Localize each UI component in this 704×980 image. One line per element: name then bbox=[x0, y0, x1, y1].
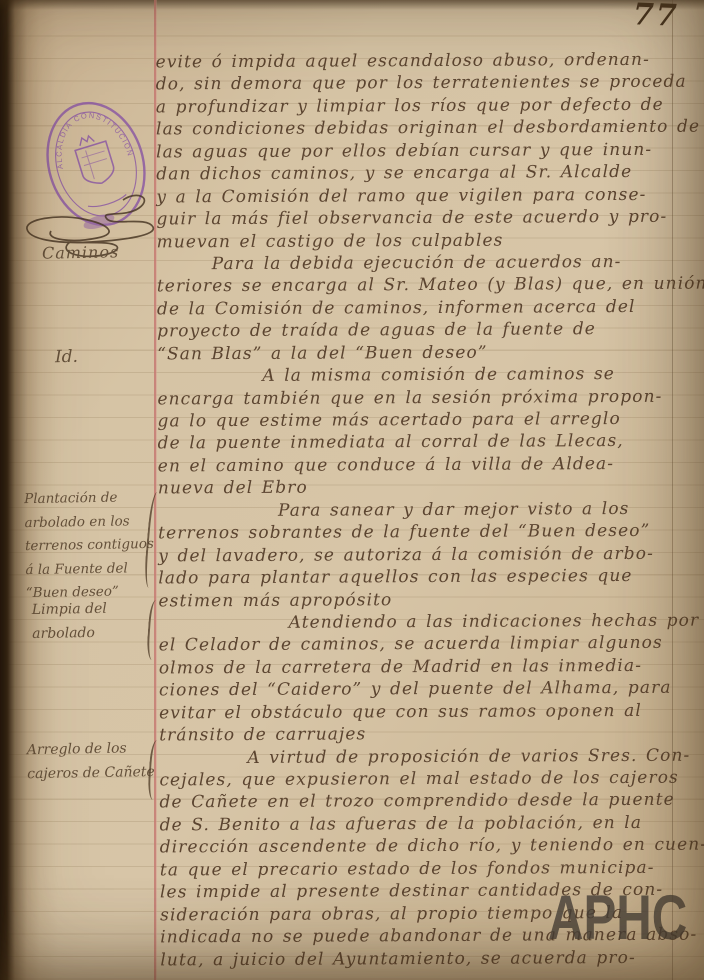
body-line: teriores se encarga al Sr. Mateo (y Blas… bbox=[157, 273, 697, 298]
margin-note-limpia: Limpia del arbolado bbox=[32, 596, 151, 646]
body-text: evite ó impida aquel escandaloso abuso, … bbox=[156, 49, 701, 972]
body-line: Para sanear y dar mejor visto a los bbox=[158, 497, 698, 522]
body-line: el Celador de caminos, se acuerda limpia… bbox=[159, 632, 699, 657]
body-line: A la misma comisión de caminos se bbox=[157, 363, 697, 388]
body-line: de S. Benito a las afueras de la poblaci… bbox=[160, 811, 700, 836]
body-line: y del lavadero, se autoriza á la comisió… bbox=[158, 542, 698, 567]
page-number: 77 bbox=[632, 0, 679, 34]
manuscript-page: 77 ALCALDIA CONSTITUCIONAL Camin bbox=[0, 0, 704, 980]
margin-note-plantacion: Plantación de arbolado en los terrenos c… bbox=[24, 486, 160, 606]
body-line: las condiciones debidas originan el desb… bbox=[156, 116, 696, 141]
body-line: dirección ascendente de dicho río, y ten… bbox=[160, 834, 700, 859]
body-line: “San Blas” a la del “Buen deseo” bbox=[157, 340, 697, 365]
body-line: muevan el castigo de los culpables bbox=[157, 228, 697, 253]
body-line: lado para plantar aquellos con las espec… bbox=[158, 565, 698, 590]
body-line: de la Comisión de caminos, informen acer… bbox=[157, 295, 697, 320]
body-line: evite ó impida aquel escandaloso abuso, … bbox=[156, 49, 696, 74]
body-line: proyecto de traída de aguas de la fuente… bbox=[157, 318, 697, 343]
body-line: ciones del “Caidero” y del puente del Al… bbox=[159, 677, 699, 702]
body-line: terrenos sobrantes de la fuente del “Bue… bbox=[158, 520, 698, 545]
body-line: A virtud de proposición de varios Sres. … bbox=[159, 744, 699, 769]
body-line: nueva del Ebro bbox=[158, 475, 698, 500]
body-line: en el camino que conduce á la villa de A… bbox=[158, 452, 698, 477]
body-line: de Cañete en el trozo comprendido desde … bbox=[159, 789, 699, 814]
top-edge-shadow bbox=[0, 0, 704, 10]
margin-note-caminos: Caminos bbox=[42, 242, 120, 262]
margin-note-arreglo: Arreglo de los cajeros de Cañete bbox=[27, 736, 168, 786]
body-line: de la puente inmediata al corral de las … bbox=[158, 430, 698, 455]
body-line: a profundizar y limpiar los ríos que por… bbox=[156, 93, 696, 118]
body-line: do, sin demora que por los terrateniente… bbox=[156, 71, 696, 96]
body-line: ta que el precario estado de los fondos … bbox=[160, 856, 700, 881]
body-line: evitar el obstáculo que con sus ramos op… bbox=[159, 699, 699, 724]
body-line: dan dichos caminos, y se encarga al Sr. … bbox=[156, 161, 696, 186]
body-line: Atendiendo a las indicaciones hechas por bbox=[159, 610, 699, 635]
body-line: guir la más fiel observancia de este acu… bbox=[156, 206, 696, 231]
body-line: y a la Comisión del ramo que vigilen par… bbox=[156, 183, 696, 208]
margin-note-idem: Id. bbox=[55, 347, 78, 367]
body-line: olmos de la carretera de Madrid en las i… bbox=[159, 654, 699, 679]
body-line: Para la debida ejecución de acuerdos an- bbox=[157, 251, 697, 276]
body-line: cejales, que expusieron el mal estado de… bbox=[159, 767, 699, 792]
body-line: ga lo que estime más acertado para el ar… bbox=[157, 408, 697, 433]
body-line: encarga también que en la sesión próxima… bbox=[157, 385, 697, 410]
body-line: tránsito de carruajes bbox=[159, 722, 699, 747]
body-line: estimen más apropósito bbox=[158, 587, 698, 612]
body-line: las aguas que por ellos debían cursar y … bbox=[156, 138, 696, 163]
watermark-aphc: APHC bbox=[548, 882, 687, 954]
